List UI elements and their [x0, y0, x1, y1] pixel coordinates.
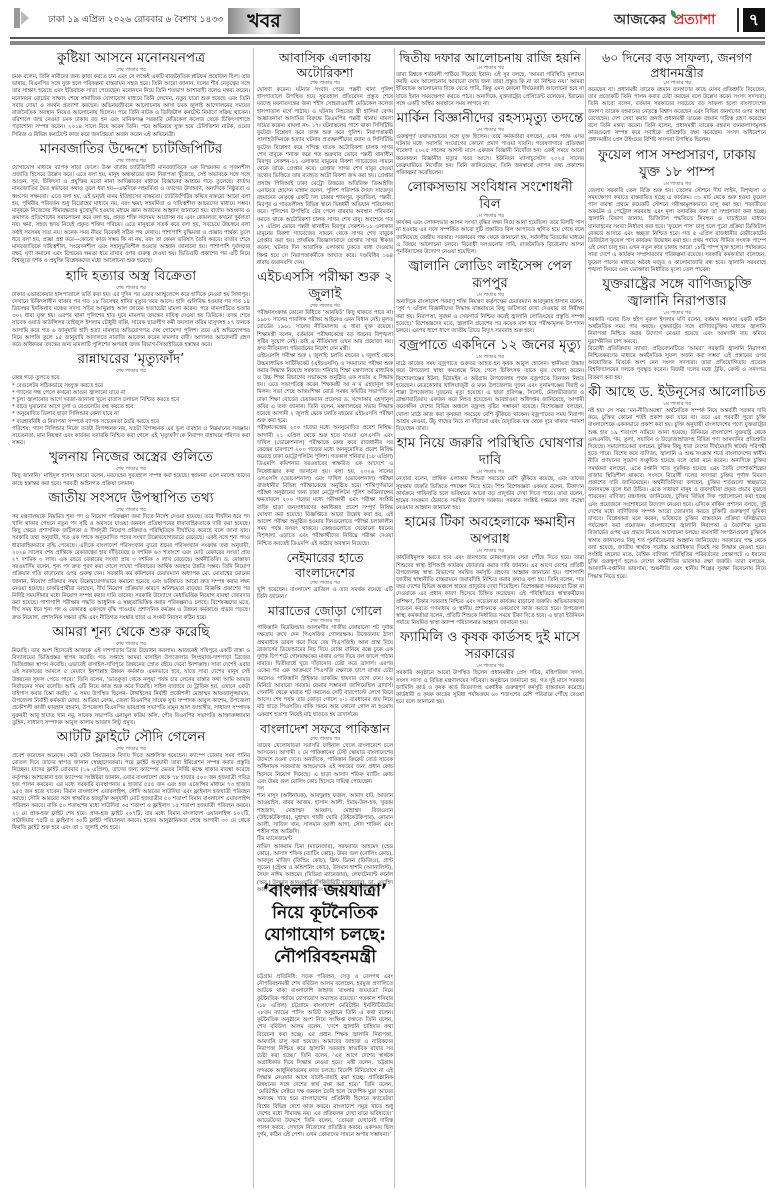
article-body: ঘোষণা করেন। ঘটনার সংবাদ পেয়ে পল্লবী থান…: [257, 87, 393, 267]
jump-label: শেষ পাতার পর: [257, 580, 393, 587]
jump-label: শেষ পাতার পর: [12, 641, 250, 648]
page-number: ৭: [743, 8, 765, 32]
column-4: ৬০ দিনের বড় সাফল্য, জনগণ প্রধানমন্ত্রীর…: [588, 48, 766, 1188]
article-marat-brace[interactable]: মারাতের জোড়া গোলে শেষ পাতার পর পাকিস্তা…: [257, 603, 393, 719]
article-headline[interactable]: ফুয়েল পাস সম্প্রসারণ, ঢাকায় যুক্ত ১৮ প…: [588, 147, 766, 181]
article-body: গুরুত্বপূর্ণ তথ্যভান্ডারের সঙ্গে যুক্ত ছ…: [396, 134, 584, 177]
article-headline[interactable]: মানবজাতির উদ্দেশে চ্যাটজিপিটির: [12, 141, 250, 158]
arrow-marker-icon: [14, 8, 28, 28]
article-headline[interactable]: জ্বালানি লোডিং লাইসেন্স পেল রূপপুর: [396, 258, 584, 292]
column-divider: [394, 48, 395, 1188]
article-body: খুশি হয়েছেন। বাংলাদেশ ব্রাজিল ও তার সমর…: [257, 587, 393, 601]
article-body: সব মন্ত্রণালয়কে নিয়মিত শূন্য পদ ও নিয়…: [12, 514, 250, 622]
article-us-scientists[interactable]: মার্কিন বিজ্ঞানীদের রহস্যমৃত্যু তদন্তে ১…: [396, 110, 584, 177]
article-parliament-info[interactable]: জাতীয় সংসদে উপস্থাপিত তথ্য শেষ পাতার পর…: [12, 490, 250, 622]
jump-label: ১ম পাতার পর: [588, 181, 766, 188]
article-headline[interactable]: হাদি হত্যার অস্ত্র বিক্রেতা: [12, 268, 250, 285]
article-measles-vaccine[interactable]: হামের টিকা অবহেলাকে ক্ষমাহীন অপরাধ ১ম পা…: [396, 514, 584, 627]
lead-headline[interactable]: ‘বাংলার জয়যাত্রা’ নিয়ে কূটনৈতিক যোগাযো…: [257, 880, 393, 968]
article-body: পাকিস্তানি মিডফিল্ডার আলমগীর গাজীর জোরাল…: [257, 625, 393, 719]
logo-text-primary: আজকের: [614, 12, 671, 28]
article-headline[interactable]: খুলনায় নিজের অস্ত্রের গুলিতে: [12, 449, 250, 466]
article-hsc-exam[interactable]: এইচএসসি পরীক্ষা শুরু ২ জুলাই শেষ পাতার প…: [257, 269, 393, 548]
date-line: ঢাকা ১৯ এপ্রিল ২০২৬ রোববার ৬ বৈশাখ ১৪৩৩: [48, 12, 223, 27]
column-divider: [253, 48, 254, 1188]
article-headline[interactable]: দ্বিতীয় দফার আলোচনায় রাজি হয়নি: [396, 50, 584, 65]
jump-label: শেষ পাতার পর: [12, 285, 250, 292]
article-body: প্রবেশ করেছেন অনেকে। কেউ কেউ প্রিয়জনকে …: [12, 753, 250, 832]
article-headline[interactable]: যুক্তরাষ্ট্রের সঙ্গে বাণিজ্যচুক্তি জ্বাল…: [588, 276, 766, 310]
jump-label: শেষ পাতার পর: [257, 80, 393, 87]
masthead: ঢাকা ১৯ এপ্রিল ২০২৬ রোববার ৬ বৈশাখ ১৪৩৩ …: [0, 0, 770, 46]
article-headline[interactable]: নেইমারের হাতে বাংলাদেশের: [257, 550, 393, 580]
article-neymar[interactable]: নেইমারের হাতে বাংলাদেশের শেষ পাতার পর খু…: [257, 550, 393, 601]
article-banglar-joyjatra[interactable]: ‘বাংলার জয়যাত্রা’ নিয়ে কূটনৈতিক যোগাযো…: [257, 880, 393, 1140]
lead-story-container: ‘বাংলার জয়যাত্রা’ নিয়ে কূটনৈতিক যোগাযো…: [257, 880, 393, 1188]
article-body: কেন্দ্র গড়ে তুলতে হবে * রেগুলেটর সঠিকভা…: [12, 375, 250, 447]
jump-label: শেষ পাতার পর: [12, 466, 250, 473]
article-body: কিছু জানানি।’ মাহিদুল হাসান আরো বলেন, মর…: [12, 473, 250, 487]
jump-label: ১ম পাতার পর: [396, 127, 584, 134]
section-title: খবর: [228, 8, 300, 34]
jump-label: শেষ পাতার পর: [12, 158, 250, 165]
article-headline[interactable]: ফ্যামিলি ও কৃষক কার্ডসহ দুই মাসে সরকারের: [396, 629, 584, 663]
masthead-rule: [10, 37, 765, 39]
article-body: কার্যকর এবং লোকসভার আসন সংখ্যা বৃদ্ধির ল…: [396, 220, 584, 256]
article-started-from-zero[interactable]: আমরা শূন্য থেকে শুরু করেছি শেষ পাতার পর …: [12, 624, 250, 727]
article-headline[interactable]: জাতীয় সংসদে উপস্থাপিত তথ্য: [12, 490, 250, 507]
column-divider: [585, 48, 586, 1188]
jump-label: শেষ পাতার পর: [257, 736, 393, 743]
article-headline[interactable]: কুষ্টিয়া আসনে মনোনয়নপত্র: [12, 50, 250, 67]
article-body: যোগাযোগ মাধ্যমে ব্যাপক সাড়া ফেলে। উক্ত …: [12, 165, 250, 266]
article-body: নই হয়। সে সময় ‘মন-নীতিঅবস্থা’ অর্থনৈতি…: [588, 408, 766, 581]
article-headline[interactable]: বজ্রপাতে একদিনে ১২ জনের মৃত্যু: [396, 337, 584, 354]
article-rooppur-fuel[interactable]: জ্বালানি লোডিং লাইসেন্স পেল রূপপুর ১ম পা…: [396, 258, 584, 335]
article-body: মাঠে কাজের সময় বজ্রপাতে গুরুতর আহত হন ক…: [396, 361, 584, 433]
jump-label: ১ম পাতার পর: [588, 401, 766, 408]
article-body: চট্টগ্রাম প্রতিনিধি: সড়ক পরিবহন, সেতু ও…: [257, 974, 393, 1140]
article-body: জেলায় সরকারি তেল বিক্রি শুরু হয়। তেলের…: [588, 188, 766, 274]
article-headline[interactable]: ৬০ দিনের বড় সাফল্য, জনগণ প্রধানমন্ত্রীর: [588, 50, 766, 80]
article-body: সরকারি দলের চিফ হুইপ নুরুল ইসলাম মণি বলে…: [588, 317, 766, 382]
article-us-trade-deal[interactable]: যুক্তরাষ্ট্রের সঙ্গে বাণিজ্যচুক্তি জ্বাল…: [588, 276, 766, 382]
article-headline[interactable]: মারাতের জোড়া গোলে: [257, 603, 393, 618]
article-body: নেতারা বলেন, প্রান্তিক এলাকায় শিশুরা সব…: [396, 476, 584, 512]
jump-label: শেষ পাতার পর: [12, 67, 250, 74]
column-3: দ্বিতীয় দফার আলোচনায় রাজি হয়নি ১ম পাত…: [396, 48, 584, 1188]
article-body: চমক বলেন, তিনি নারীদের জন্য কাজ করতে চান…: [12, 74, 250, 139]
article-hadi-weapon-seller[interactable]: হাদি হত্যার অস্ত্র বিক্রেতা শেষ পাতার পর…: [12, 268, 250, 350]
article-headline[interactable]: লোকসভায় সংবিধান সংশোধনী বিল: [396, 179, 584, 213]
logo-text-accent: প্রত্যাশা: [674, 12, 715, 28]
article-body: নিয়েছি। তার অংশ হিসেবেই আজকে এই দাশপাড়…: [12, 648, 250, 727]
column-1: কুষ্টিয়া আসনে মনোনয়নপত্র শেষ পাতার পর …: [12, 48, 250, 1188]
article-kitchen-death-trap[interactable]: রান্নাঘরের ‘মৃত্যুফাঁদ’ শেষ পাতার পর কেন…: [12, 351, 250, 447]
article-body: ঢাকার এভারকেয়ার হাসপাতালে ভর্তি করা হয়…: [12, 292, 250, 350]
article-headline[interactable]: আটটি ফ্লাইটে সৌদি গেলেন: [12, 729, 250, 746]
article-kushtia[interactable]: কুষ্টিয়া আসনে মনোনয়নপত্র শেষ পাতার পর …: [12, 50, 250, 139]
article-khulna[interactable]: খুলনায় নিজের অস্ত্রের গুলিতে শেষ পাতার …: [12, 449, 250, 487]
masthead-divider: [737, 8, 739, 32]
article-fuel-pass[interactable]: ফুয়েল পাস সম্প্রসারণ, ঢাকায় যুক্ত ১৮ প…: [588, 147, 766, 274]
article-chatgpt[interactable]: মানবজাতির উদ্দেশে চ্যাটজিপিটির শেষ পাতার…: [12, 141, 250, 266]
jump-label: ১ম পাতার পর: [588, 310, 766, 317]
article-family-farmer-card[interactable]: ফ্যামিলি ও কৃষক কার্ডসহ দুই মাসে সরকারের…: [396, 629, 584, 706]
jump-label: ১ম পাতার পর: [588, 80, 766, 87]
article-headline[interactable]: আমরা শূন্য থেকে শুরু করেছি: [12, 624, 250, 641]
newspaper-logo[interactable]: আজকের প্রত্যাশা: [614, 9, 715, 31]
jump-label: শেষ পাতার পর: [12, 368, 250, 375]
article-headline[interactable]: রান্নাঘরের ‘মৃত্যুফাঁদ’: [12, 351, 250, 368]
jump-label: শেষ পাতার পর: [12, 507, 250, 514]
article-headline[interactable]: কী আছে ড. ইউনূসের আলোচিত: [588, 384, 766, 401]
article-body: তারা বিশ্বকে শর্তাবলী পাঠিয়ে দিয়েছে ইর…: [396, 72, 584, 108]
article-headline[interactable]: এইচএসসি পরীক্ষা শুরু ২ জুলাই: [257, 269, 393, 303]
article-headline[interactable]: আবাসিক এলাকায় অটোরিকশা: [257, 50, 393, 80]
article-body: পরীক্ষাসংক্রান্ত কোনো বিধিতে ‘আনফিট’ কিছ…: [257, 310, 393, 548]
article-autorickshaw[interactable]: আবাসিক এলাকায় অটোরিকশা শেষ পাতার পর ঘোষ…: [257, 50, 393, 267]
article-pakistan-tour[interactable]: বাংলাদেশ সফরে পাকিস্তান শেষ পাতার পর তাদ…: [257, 721, 393, 894]
article-headline[interactable]: হাম নিয়ে জরুরি পরিস্থিতি ঘোষণার দাবি: [396, 435, 584, 469]
article-measles-emergency[interactable]: হাম নিয়ে জরুরি পরিস্থিতি ঘোষণার দাবি ১ম…: [396, 435, 584, 512]
article-headline[interactable]: মার্কিন বিজ্ঞানীদের রহস্যমৃত্যু তদন্তে: [396, 110, 584, 127]
article-second-round-talks[interactable]: দ্বিতীয় দফার আলোচনায় রাজি হয়নি ১ম পাত…: [396, 50, 584, 108]
masthead-rule-thick: [10, 41, 765, 45]
article-body: তাদের খেলোয়াড়রা সরাসরি ফাইনাল খেলে বাং…: [257, 743, 393, 894]
article-hajj-flights[interactable]: আটটি ফ্লাইটে সৌদি গেলেন শেষ পাতার পর প্র…: [12, 729, 250, 832]
article-headline[interactable]: হামের টিকা অবহেলাকে ক্ষমাহীন অপরাধ: [396, 514, 584, 548]
article-headline[interactable]: বাংলাদেশ সফরে পাকিস্তান: [257, 721, 393, 736]
article-body: সরকারি অনুষ্ঠানে আরো উপস্থিত ছিলেন প্রধা…: [396, 670, 584, 706]
article-lightning-deaths[interactable]: বজ্রপাতে একদিনে ১২ জনের মৃত্যু ১ম পাতার …: [396, 337, 584, 433]
article-body: করেছেন না। প্রধানমন্ত্রী তারেক রহমান জনগ…: [588, 87, 766, 145]
article-60-days-success[interactable]: ৬০ দিনের বড় সাফল্য, জনগণ প্রধানমন্ত্রীর…: [588, 50, 766, 145]
jump-label: শেষ পাতার পর: [12, 746, 250, 753]
jump-label: ১ম পাতার পর: [396, 65, 584, 72]
article-body: কার্যবিধিমূলক করতে হবে এবং জনগণের দোরগোড…: [396, 555, 584, 627]
article-body: অন্যদিকে বাংলাদেশ পরমাণু শক্তি নিয়ন্ত্র…: [396, 299, 584, 335]
article-yunus-deal[interactable]: কী আছে ড. ইউনূসের আলোচিত ১ম পাতার পর নই …: [588, 384, 766, 581]
article-lok-sabha-bill[interactable]: লোকসভায় সংবিধান সংশোধনী বিল ১ম পাতার পর…: [396, 179, 584, 256]
